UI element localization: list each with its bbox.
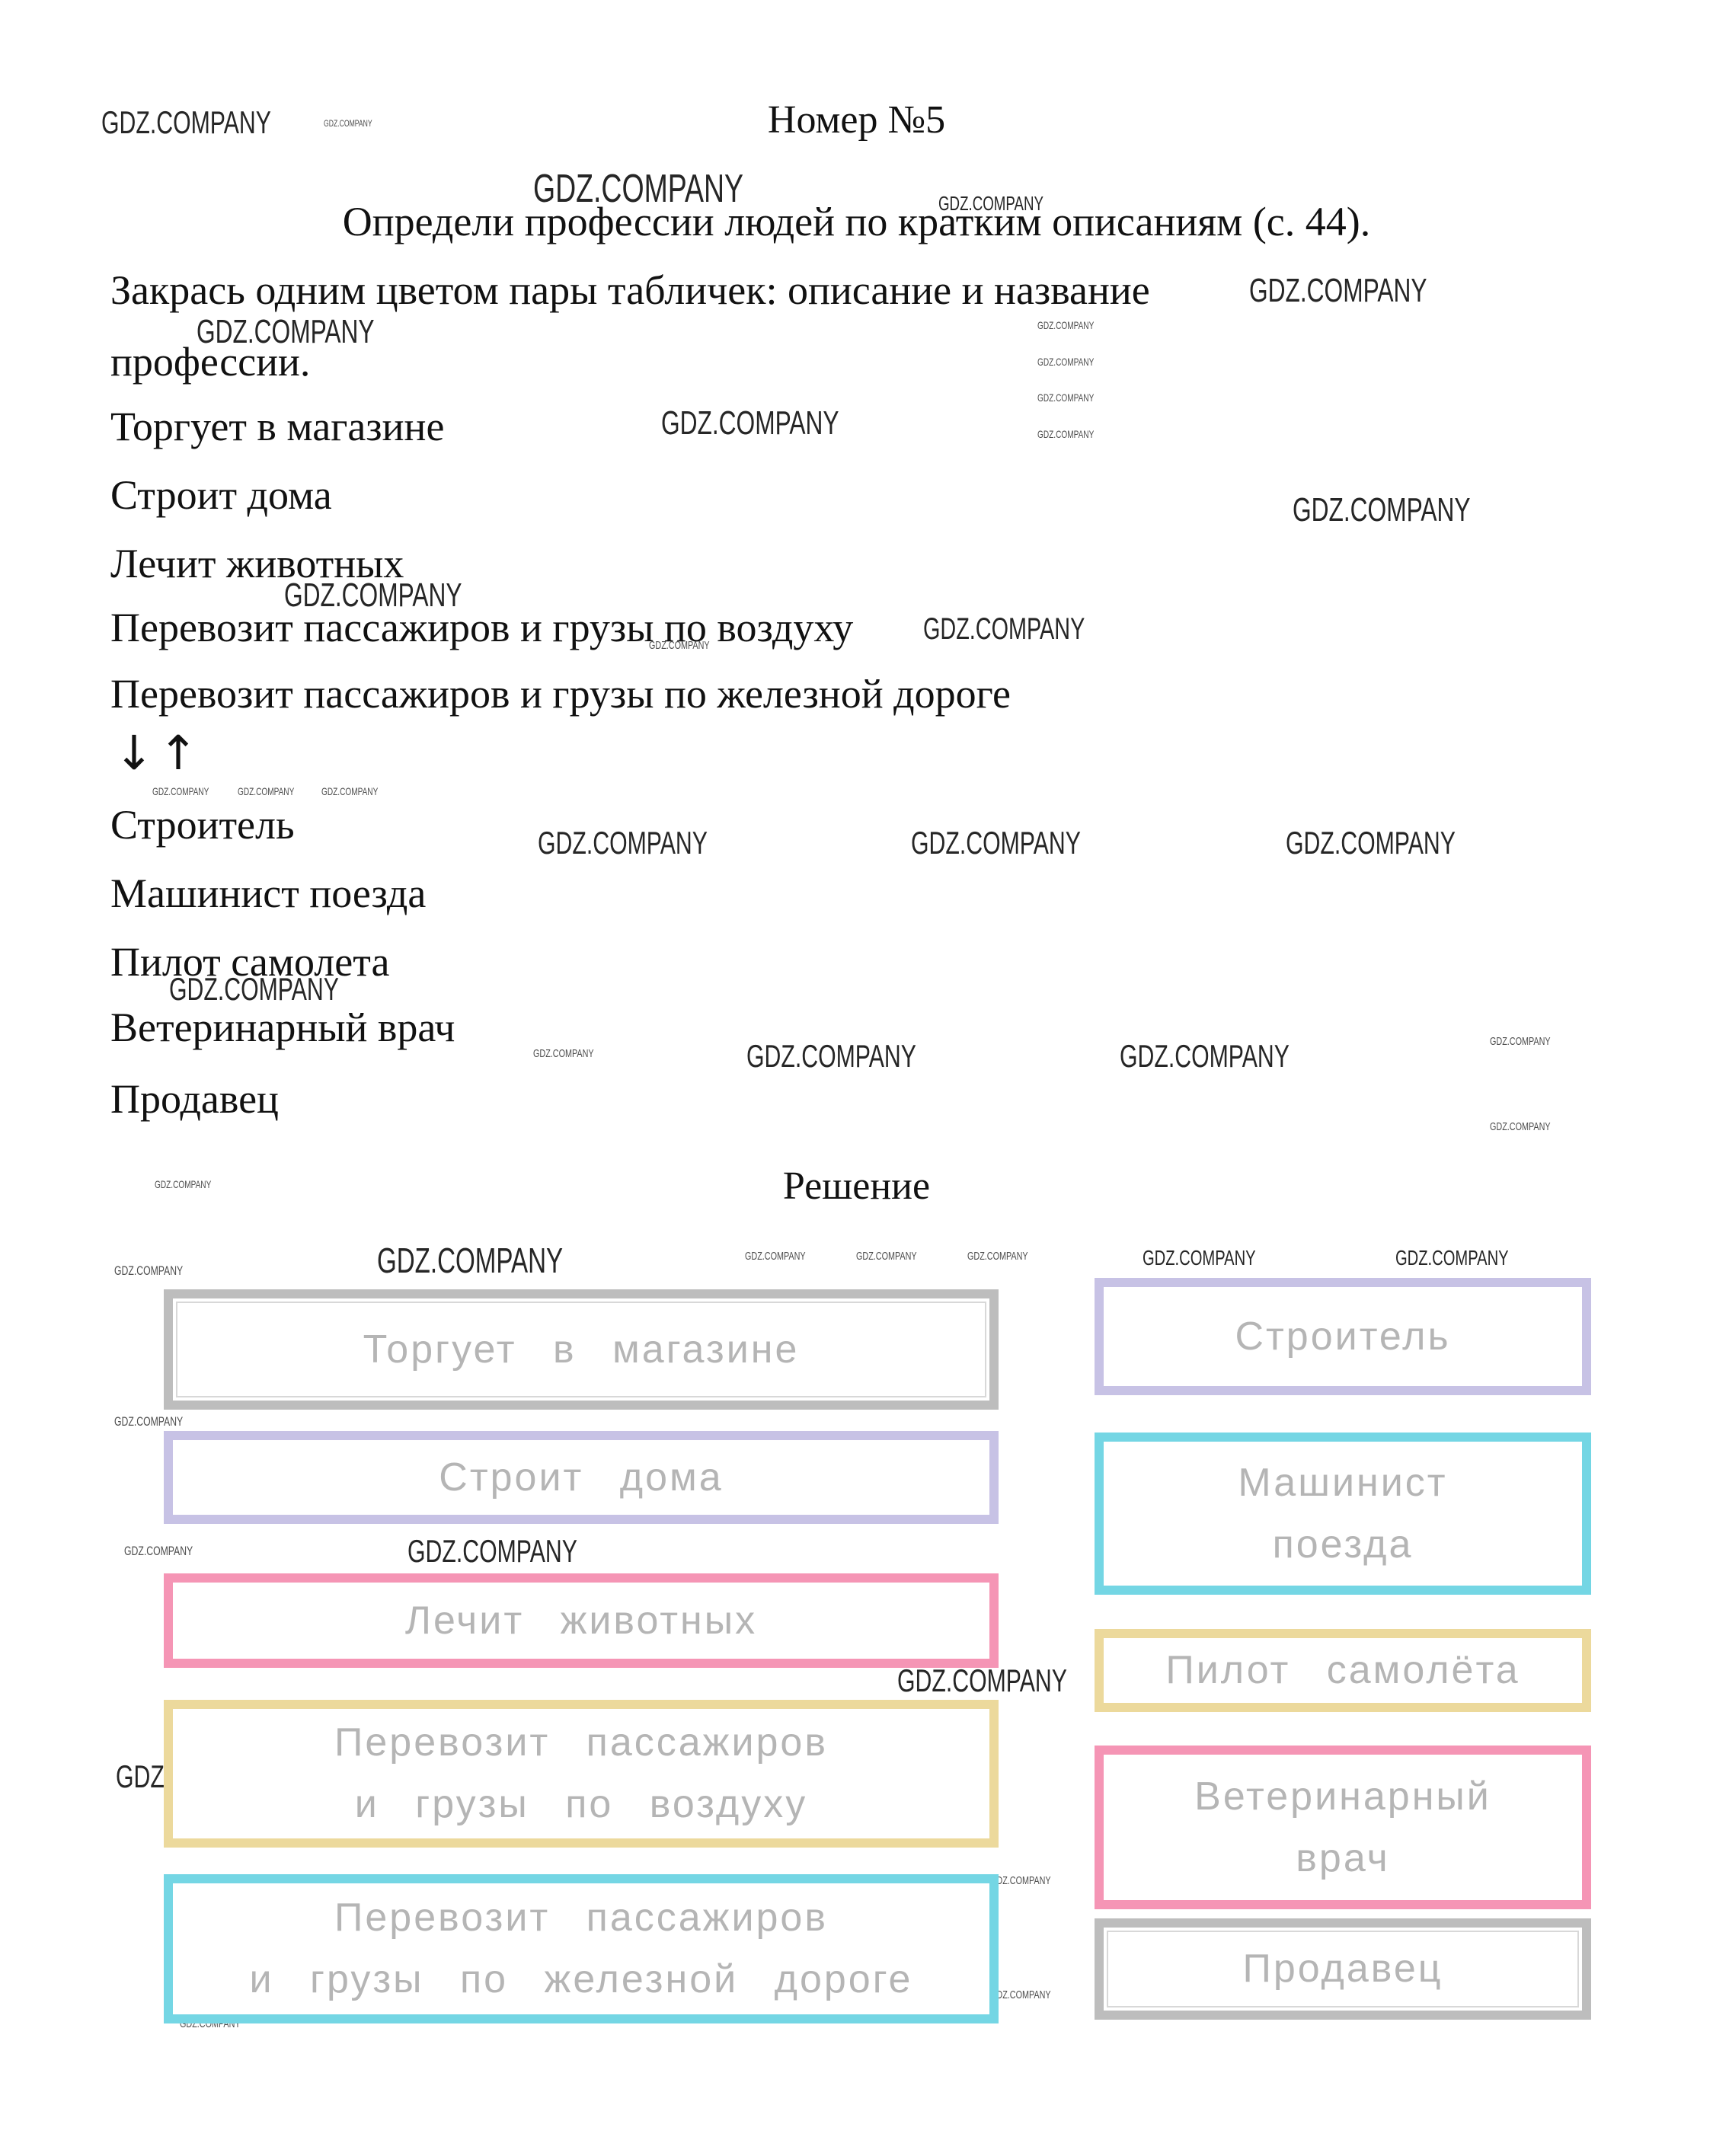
solution-box-label: Перевозит пассажиров и грузы по воздуху [334, 1712, 828, 1835]
watermark: GDZ.COMPANY [967, 1250, 1028, 1262]
watermark: GDZ.COMPANY [990, 1989, 1051, 2001]
solution-box-description-build: Строит дома [164, 1431, 999, 1524]
solution-box-label: Лечит животных [405, 1590, 757, 1652]
watermark: GDZ.COMPANY [238, 786, 294, 797]
watermark: GDZ.COMPANY [1490, 1036, 1551, 1047]
watermark: GDZ.COMPANY [661, 407, 839, 440]
solution-box-description-animals: Лечит животных [164, 1573, 999, 1668]
watermark: GDZ.COMPANY [407, 1535, 577, 1567]
watermark: GDZ.COMPANY [745, 1250, 806, 1262]
watermark: GDZ.COMPANY [911, 827, 1081, 859]
watermark: GDZ.COMPANY [124, 1544, 193, 1557]
solution-box-description-shop: Торгует в магазине [164, 1289, 999, 1410]
watermark: GDZ.COMPANY [1286, 827, 1456, 859]
watermark: GDZ.COMPANY [533, 169, 743, 209]
solution-box-label: Машинист поезда [1238, 1452, 1447, 1575]
solution-box-label: Продавец [1242, 1938, 1443, 2000]
watermark: GDZ.COMPANY [990, 1875, 1051, 1886]
watermark: GDZ.COMPANY [1293, 493, 1471, 527]
watermark: GDZ.COMPANY [649, 640, 710, 651]
watermark: GDZ.COMPANY [923, 614, 1085, 644]
solution-box-label: Торгует в магазине [363, 1319, 800, 1381]
watermark: GDZ.COMPANY [1037, 320, 1094, 331]
solution-box-description-rail: Перевозит пассажиров и грузы по железной… [164, 1874, 999, 2023]
solution-box-profession-builder: Строитель [1095, 1278, 1591, 1395]
watermark: GDZ.COMPANY [1037, 356, 1094, 367]
watermark: GDZ.COMPANY [321, 786, 378, 797]
watermark: GDZ.COMPANY [1037, 392, 1094, 403]
solution-box-profession-vet: Ветеринарный врач [1095, 1746, 1591, 1909]
watermark: GDZ.COMPANY [856, 1250, 917, 1262]
solution-box-label: Ветеринарный врач [1194, 1766, 1491, 1889]
solution-box-profession-seller: Продавец [1095, 1918, 1591, 2020]
solution-box-label: Пилот самолёта [1165, 1640, 1520, 1701]
watermark: GDZ.COMPANY [1037, 429, 1094, 439]
watermark: GDZ.COMPANY [197, 315, 375, 349]
watermark: GDZ.COMPANY [538, 827, 708, 859]
watermark: GDZ.COMPANY [533, 1048, 594, 1059]
solution-box-label: Строитель [1235, 1306, 1450, 1368]
solution-box-profession-train-driver: Машинист поезда [1095, 1433, 1591, 1595]
solution-box-label: Строит дома [439, 1447, 723, 1509]
worksheet-page: GDZ.COMPANYGDZ.COMPANYGDZ.COMPANYGDZ.COM… [0, 0, 1713, 2156]
watermark: GDZ.COMPANY [1395, 1247, 1509, 1269]
watermark: GDZ.COMPANY [114, 1415, 183, 1428]
watermark: GDZ.COMPANY [284, 579, 462, 612]
watermark: GDZ.COMPANY [169, 973, 339, 1005]
watermark: GDZ.COMPANY [1120, 1040, 1290, 1072]
watermark: GDZ.COMPANY [897, 1665, 1067, 1697]
watermark: GDZ.COMPANY [746, 1040, 916, 1072]
watermark: GDZ.COMPANY [114, 1264, 183, 1277]
watermark: GDZ.COMPANY [324, 119, 372, 128]
solution-box-description-air: Перевозит пассажиров и грузы по воздуху [164, 1700, 999, 1848]
watermark: GDZ.COMPANY [1143, 1247, 1256, 1269]
solution-box-label: Перевозит пассажиров и грузы по железной… [250, 1887, 913, 2010]
watermark: GDZ.COMPANY [938, 193, 1043, 213]
watermark: GDZ.COMPANY [377, 1243, 563, 1278]
watermark: GDZ.COMPANY [1490, 1121, 1551, 1132]
solution-box-profession-pilot: Пилот самолёта [1095, 1629, 1591, 1712]
watermark: GDZ.COMPANY [1249, 274, 1427, 308]
watermark: GDZ.COMPANY [101, 107, 271, 139]
watermark: GDZ.COMPANY [152, 786, 209, 797]
watermark: GDZ.COMPANY [155, 1179, 211, 1190]
